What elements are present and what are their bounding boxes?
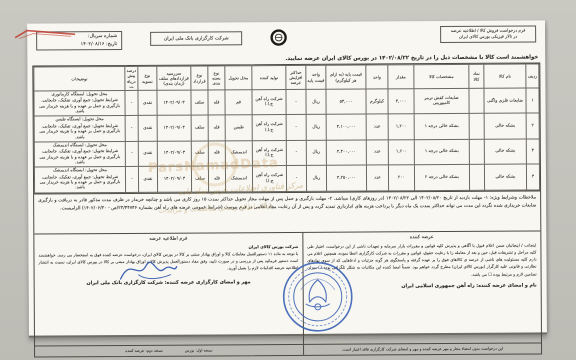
cell-delivery-place: قم [225,90,252,116]
cell-unit: عدد [366,114,388,140]
cell-symbol [469,88,484,114]
cell-maturity: ۱۴۰۲/۰۹/۰۳ [157,90,191,116]
cell-symbol [469,165,484,191]
cell-prepayment: - [125,141,138,167]
cell-packaging: فله [208,90,225,116]
note-delivery: محل تحویل: ایستگاه اندیمشک [36,168,124,174]
cell-settlement: نقدی [138,116,157,142]
cell-row-no: ۲ [526,113,539,139]
cell-goods-name: بشکه خالی [484,139,526,165]
cell-max-increase: - [286,115,306,141]
cell-symbol [469,114,484,140]
cell-goods-name: بشکه خالی [484,113,526,139]
cell-contract-type: سلف [191,90,208,116]
cell-settlement: نقدی [138,90,157,116]
col-header-contract-type: نوع قرارداد [191,66,208,90]
col-header-specs: مشخصات کالا [414,64,469,88]
cell-notes: محل تحویل: ایستگاه اندیمشک شرایط تحویل: … [34,141,125,167]
col-header-delivery-place: محل تحویل [225,66,252,90]
cell-contract-type: سلف [191,115,208,141]
watermark-ring [193,142,237,186]
cell-price-unit: ریال [306,89,326,115]
col-header-symbol: نماد کالا [469,64,484,88]
red-pen-mark [13,25,83,41]
header-date: تاریخ: ۱۴۰۲/۰۸/۱۶ [41,41,117,50]
cell-maturity: ۱۴۰۲/۰۹/۰۳ [157,141,191,167]
cell-maturity: ۱۴۰۲/۰۹/۰۳ [157,116,191,142]
cell-goods-name: ضایعات فلزی واگنی [484,88,526,114]
cell-max-increase: - [286,89,306,115]
cell-max-increase: - [286,166,306,192]
cell-row-no: ۴ [526,164,539,190]
copies-note: نسخه اول: بورس نسخه دوم: عرضه کننده [35,345,303,357]
col-header-max-increase: حداکثر افزایش عرضه [286,65,306,89]
cell-row-no: ۱ [526,88,539,114]
broker-name-box: شرکت کارگزاری بانک ملی ایران [150,31,242,46]
cell-producer: شرکت راه آهن ج.ا.ا [252,115,286,141]
cell-packaging: فله [208,115,225,141]
col-header-notes: توضیحات [34,66,125,91]
cell-settlement: نقدی [138,167,157,193]
cell-delivery-place: طبس [225,115,252,141]
form-title-box: فرم درخواست فروش کالا / اطلاعیه عرضه در … [440,25,536,43]
cell-specs: بشکه خالی درجه ۱ [414,114,469,140]
railway-company-stamp [281,260,355,334]
cell-producer: شرکت راه آهن ج.ا.ا [252,90,286,116]
col-header-unit: واحد [366,65,388,89]
cell-producer: شرکت راه آهن ج.ا.ا [252,140,286,166]
broker-column: فرم اطلاعیه عرضه شرکت بورس کالای ایران ب… [34,233,302,346]
cell-price-unit: ریال [306,115,326,141]
cell-prepayment: - [125,116,138,142]
note-conditions: شرایط تحویل: جمع آوری، تفکیک، جابجایی، ب… [36,98,124,115]
cell-producer: شرکت راه آهن ج.ا.ا [252,166,286,192]
goods-table: ردیف نام کالا نماد کالا مشخصات کالا مقدا… [33,63,540,193]
cell-base-price: ۴,۲۵۰,۰۰۰ [326,165,366,191]
cell-quantity: ۱,۲۰۰ [388,114,414,140]
cell-specs: بشکه خالی درجه ۲ [414,165,469,191]
cell-notes: محل تحویل: ایستگاه اندیمشک شرایط تحویل: … [34,167,125,193]
cell-base-price: ۵۳,۰۰۰ [326,89,366,115]
cell-price-unit: ریال [306,140,326,166]
col-header-prepayment: درصد پیش دریافت [125,66,138,90]
table-row: ۲ بشکه خالی بشکه خالی درجه ۱ ۱,۲۰۰ عدد ۴… [34,113,539,142]
form-title-line2: در تالار فیزیکی بورس کالای ایران [443,34,533,41]
cell-notes: محل تحویل: ایستگاه طبس شرایط تحویل: جمع … [34,116,125,142]
cell-quantity: ۲۰۰ [388,165,414,191]
col-header-base-price: قیمت پایه (به ازای هر کیلوگرم) [326,65,366,89]
cell-unit: عدد [366,165,388,191]
special-remarks: ملاحظات وشرایط ویژه: ۱- مهلت بازدید از ت… [34,190,540,233]
cell-notes: محل تحویل: ایستگاه کارمانوری شرایط تحویل… [34,90,125,116]
cell-symbol [469,139,484,165]
col-header-quantity: مقدار [388,65,414,89]
supplier-signature [116,251,180,289]
note-conditions: شرایط تحویل: جمع آوری، تفکیک، جابجایی، ب… [36,124,124,141]
table-row: ۱ ضایعات فلزی واگنی ضایعات کفش ترمز کامپ… [34,88,539,117]
table-header-row: ردیف نام کالا نماد کالا مشخصات کالا مقدا… [34,64,539,91]
col-header-goods-name: نام کالا [484,64,526,88]
cell-row-no: ۳ [526,139,539,165]
cell-base-price: ۴,۴۰۰,۰۰۰ [326,140,366,166]
col-header-row-no: ردیف [526,64,539,88]
cell-price-unit: ریال [306,166,326,192]
cell-quantity: ۳,۰۰۰ [388,89,414,115]
cell-goods-name: بشکه خالی [484,164,526,190]
cell-maturity: ۱۴۰۲/۰۹/۰۳ [157,166,191,192]
table-row: ۴ بشکه خالی بشکه خالی درجه ۲ ۲۰۰ عدد ۴,۲… [34,164,539,193]
note-conditions: شرایط تحویل: جمع آوری، تفکیک، جابجایی، ب… [36,175,124,192]
col-header-packaging: نوع بسته بندی [208,66,225,90]
document-header: فرم درخواست فروش کالا / اطلاعیه عرضه در … [32,24,540,54]
exchange-logo-icon [270,29,287,46]
cell-base-price: ۴,۱۰۰,۰۰۰ [326,114,366,140]
cell-max-increase: - [286,140,306,166]
cell-unit: کیلوگرم [366,89,388,115]
table-row: ۳ بشکه خالی بشکه خالی درجه ۱ ۱,۶۰۰ عدد ۴… [34,139,539,168]
broker-form-title: فرم اطلاعیه عرضه [38,236,298,243]
cell-settlement: نقدی [138,141,157,167]
note-delivery: محل تحویل: ایستگاه طبس [36,117,124,123]
note-delivery: محل تحویل: ایستگاه اندیمشک [36,143,124,149]
copy-one-label: نسخه اول: بورس [185,348,213,353]
note-delivery: محل تحویل: ایستگاه کارمانوری [35,92,123,98]
supplier-title: عرضه کننده [307,234,536,240]
scanned-page-background: ParsNamadData مرکز فناوری اطلاعات پارس ن… [0,0,576,360]
validity-note: این درخواست بدون امضاء مجاز و مهر عرضه ک… [303,343,541,354]
cell-specs: بشکه خالی درجه ۱ [414,139,469,165]
copy-two-label: نسخه دوم: عرضه کننده [125,348,162,353]
cell-specs: ضایعات کفش ترمز کامپوزیتی [414,88,469,114]
col-header-maturity: سررسید قراردادهای سلف (زمان بندی) [157,66,191,90]
cell-prepayment: - [125,167,138,193]
cell-prepayment: - [125,90,138,116]
cell-quantity: ۱,۶۰۰ [388,140,414,166]
document-paper: ParsNamadData مرکز فناوری اطلاعات پارس ن… [27,20,547,335]
col-header-price-unit: واحد قیمت پایه [306,65,326,89]
cell-unit: عدد [366,140,388,166]
col-header-producer: تولید کننده [252,66,286,90]
note-conditions: شرایط تحویل: جمع آوری، تفکیک، جابجایی، ب… [36,149,124,166]
col-header-settlement: نوع تسویه [138,66,157,90]
